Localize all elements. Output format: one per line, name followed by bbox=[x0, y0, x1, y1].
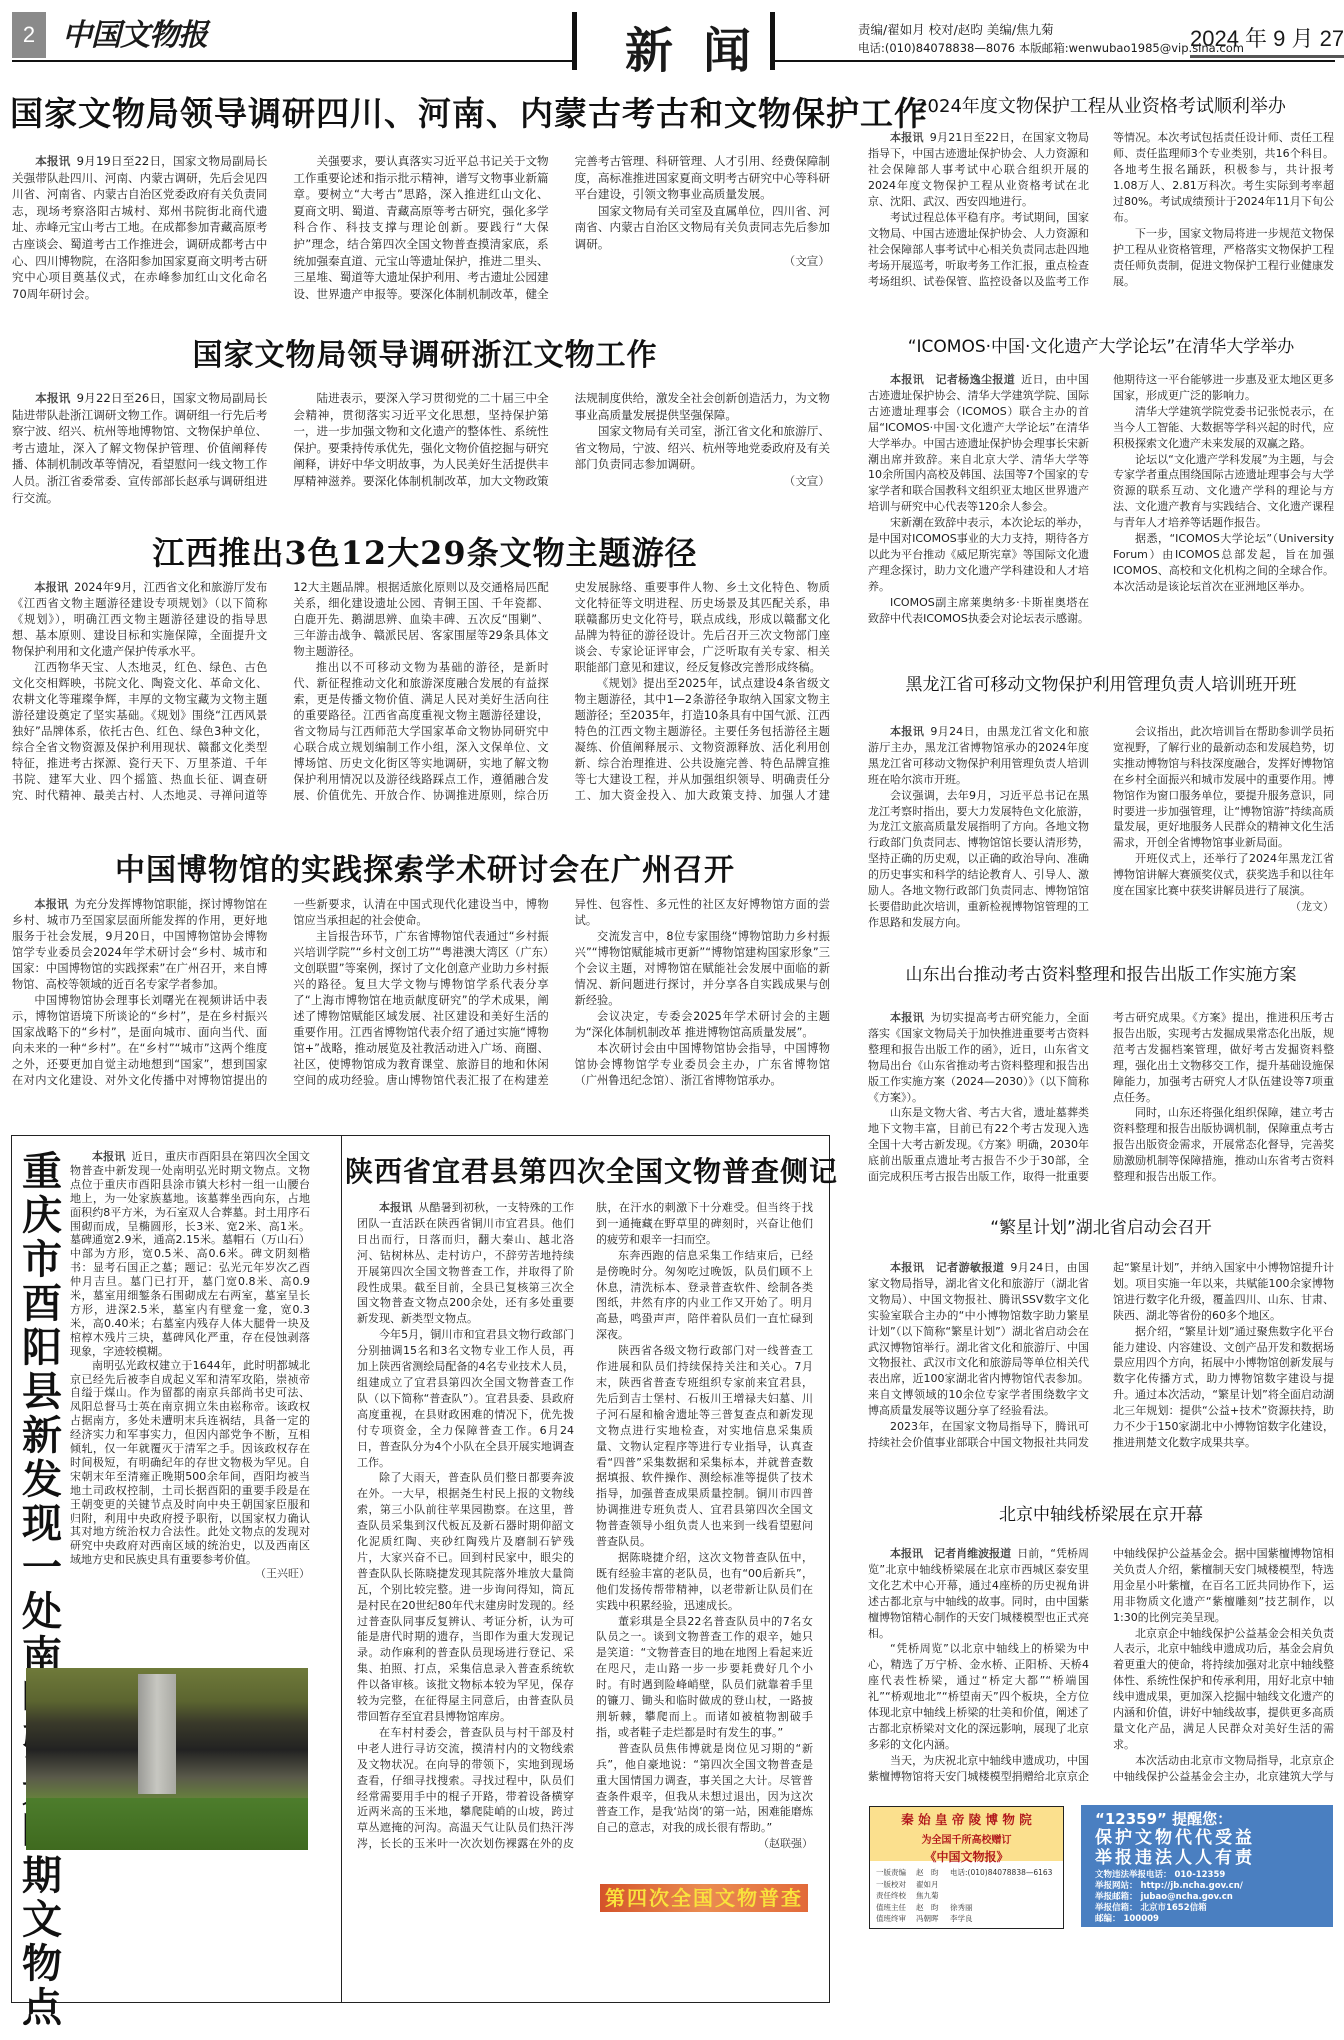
subscription-ad: 秦 始 皇 帝 陵 博 物 院 为全国千所高校赠订 《中国文物报》 一版责编赵 … bbox=[869, 1806, 1064, 1929]
report-hotline-ad: “12359” 提醒您： 保护文物代代受益 举报违法人人有责 文物违法举报电话：… bbox=[1081, 1805, 1333, 1927]
lead-label: 本报讯 记者游敏报道 bbox=[890, 1261, 1004, 1274]
signature: （文宣） bbox=[575, 253, 830, 270]
lead-label: 本报讯 bbox=[92, 1150, 126, 1163]
lead-label: 本报讯 记者肖维波报道 bbox=[890, 1547, 1011, 1560]
paragraph: 9月24日，由国家文物局指导，湖北省文化和旅游厅（湖北省文物局）、中国文物报社、… bbox=[868, 1261, 1089, 1417]
article-title: 江西推出3色12大29条文物主题游径 bbox=[10, 528, 840, 574]
article-body: 本报讯9月19日至22日，国家文物局副局长关强带队赴四川、河南、内蒙古调研，先后… bbox=[12, 153, 830, 323]
paragraph: 会议指出，此次培训旨在帮助参训学员拓宽视野，了解行业的最新动态和发展趋势，切实推… bbox=[1113, 724, 1334, 851]
paragraph: 除了大雨天，普查队员们整日都要奔波在外。一大早，根据尧生村民上报的文物线索，第三… bbox=[357, 1470, 574, 1725]
staff-row: 值班终审冯朝晖李学良 bbox=[876, 1913, 1057, 1925]
page-number: 2 bbox=[12, 12, 46, 58]
lead-label: 本报讯 bbox=[379, 1201, 412, 1214]
paragraph: 宋新潮在致辞中表示，本次论坛的举办，是中国对ICOMOS事业的大力支持，期待各方… bbox=[868, 515, 1089, 595]
ad-slogan: 保护文物代代受益 bbox=[1095, 1828, 1319, 1848]
signature: （龙文） bbox=[1113, 899, 1334, 915]
paragraph: 9月19日至22日，国家文物局副局长关强带队赴四川、河南、内蒙古调研，先后会见四… bbox=[12, 154, 267, 301]
signature: （王兴旺） bbox=[70, 1567, 310, 1581]
article-body: 本报讯9月21日至22日，在国家文物局指导下，中国古迹遗址保护协会、人力资源和社… bbox=[868, 130, 1334, 290]
paragraph: 下一步，国家文物局将进一步规范文物保护工程从业资格管理，严格落实文物保护工程责任… bbox=[1113, 226, 1334, 290]
paragraph: 日前，“凭桥周览”北京中轴线桥梁展在北京市西城区泰安里文化艺术中心开幕，通过4座… bbox=[868, 1547, 1089, 1640]
article-title: “ICOMOS·中国·文化遗产大学论坛”在清华大学举办 bbox=[866, 332, 1336, 357]
header-divider-left bbox=[572, 12, 577, 70]
article-body: 本报讯 记者肖维波报道日前，“凭桥周览”北京中轴线桥梁展在北京市西城区泰安里文化… bbox=[868, 1546, 1334, 1796]
editors-credit: 责编/翟如月 校对/赵昀 美编/焦九菊 bbox=[858, 20, 1244, 39]
paragraph: 陕西省各级文物行政部门对一线普查工作进展和队员们持续保持关注和关心。7月末，陕西… bbox=[596, 1343, 813, 1550]
paragraph: 普查队员焦伟博就是岗位见习期的“新兵”，他自豪地说：“第四次全国文物普查是重大国… bbox=[596, 1741, 813, 1836]
article-title: 陕西省宜君县第四次全国文物普查侧记 bbox=[345, 1150, 825, 1190]
section-title: 新闻 bbox=[625, 12, 781, 81]
paragraph: 同时，山东还将强化组织保障，建立考古资料整理和报告出版协调机制，保障重点考古报告… bbox=[1113, 1105, 1334, 1185]
signature: （文宣） bbox=[575, 473, 830, 490]
article-body: 本报讯从酷暑到初秋，一支特殊的工作团队一直活跃在陕西省铜川市宜君县。他们日出而行… bbox=[357, 1200, 813, 1920]
staff-list: 一版责编赵 昀电话:(010)84078838—6163 一版校对翟如月 责任终… bbox=[870, 1861, 1063, 1931]
lead-label: 本报讯 bbox=[35, 391, 70, 405]
paragraph: 会议决定，专委会2025年学术研讨会的主题为“深化体制机制改革 推进博物馆高质量… bbox=[575, 1009, 830, 1041]
article-text: 本报讯9月19日至22日，国家文物局副局长关强带队赴四川、河南、内蒙古调研，先后… bbox=[12, 153, 830, 323]
paragraph: 今年5月，铜川市和宜君县文物行政部门分别抽调15名和3名文物专业工作人员，再加上… bbox=[357, 1327, 574, 1470]
tomb-photo bbox=[26, 1668, 308, 1850]
ad-headline: “12359” 提醒您： bbox=[1095, 1810, 1319, 1828]
report-mailbox: 举报信箱： 北京市1652信箱 bbox=[1095, 1903, 1319, 1914]
vertical-title: 重庆市酉阳县新发现一处南明弘光时期文物点 bbox=[18, 1150, 66, 2030]
header-rule-right bbox=[775, 60, 1335, 62]
issue-date: 2024 年 9 月 27 日 bbox=[1190, 22, 1344, 58]
lead-label: 本报讯 bbox=[890, 131, 924, 144]
article-title: 2024年度文物保护工程从业资格考试顺利举办 bbox=[866, 92, 1336, 118]
lead-label: 本报讯 记者杨逸尘报道 bbox=[890, 373, 1015, 386]
paragraph: 论坛以“文化遗产学科发展”为主题，与会专家学者重点围绕国际古迹遗址理事会与大学资… bbox=[1113, 452, 1334, 532]
paragraph: 从酷暑到初秋，一支特殊的工作团队一直活跃在陕西省铜川市宜君县。他们日出而行，日落… bbox=[357, 1201, 574, 1325]
paragraph: 据介绍，“繁星计划”通过聚焦数字化平台能力建设、内容建设、文创产品开发和数据场景… bbox=[1113, 1324, 1334, 1451]
paragraph: 本次研讨会由中国博物馆协会指导，中国博物馆协会博物馆学专业委员会主办，广东省博物… bbox=[575, 1041, 830, 1089]
lead-label: 本报讯 bbox=[890, 1011, 924, 1024]
article-body: 本报讯 记者杨逸尘报道近日，由中国古迹遗址保护协会、清华大学建筑学院、国际古迹遗… bbox=[868, 372, 1334, 650]
lead-label: 本报讯 bbox=[35, 154, 70, 168]
paragraph: 近日，由中国古迹遗址保护协会、清华大学建筑学院、国际古迹遗址理事会（ICOMOS… bbox=[868, 373, 1089, 513]
census-banner: 第四次全国文物普查 bbox=[600, 1884, 808, 1912]
article-body: 本报讯9月22日至26日，国家文物局副局长陆进带队赴浙江调研文物工作。调研组一行… bbox=[12, 390, 830, 510]
staff-row: 值班主任赵 昀徐秀丽 bbox=[876, 1902, 1057, 1914]
paragraph: 为充分发挥博物馆职能，探讨博物馆在乡村、城市乃至国家层面所能发挥的作用，更好地服… bbox=[12, 898, 267, 991]
article-title: 国家文物局领导调研浙江文物工作 bbox=[10, 330, 840, 374]
ad-org: 秦 始 皇 帝 陵 博 物 院 bbox=[870, 1810, 1063, 1828]
article-body: 本报讯 记者游敏报道9月24日，由国家文物局指导，湖北省文化和旅游厅（湖北省文物… bbox=[868, 1260, 1334, 1468]
article-title: 国家文物局领导调研四川、河南、内蒙古考古和文物保护工作 bbox=[10, 88, 840, 135]
ad-subtitle: 为全国千所高校赠订 bbox=[870, 1831, 1063, 1846]
ad-header: 秦 始 皇 帝 陵 博 物 院 为全国千所高校赠订 《中国文物报》 bbox=[870, 1807, 1063, 1861]
report-postcode: 邮编： 100009 bbox=[1095, 1914, 1319, 1925]
lead-label: 本报讯 bbox=[890, 725, 924, 738]
article-body: 本报讯为充分发挥博物馆职能，探讨博物馆在乡村、城市乃至国家层面所能发挥的作用，更… bbox=[12, 897, 830, 1102]
lead-label: 本报讯 bbox=[34, 898, 68, 911]
paragraph: 东奔西跑的信息采集工作结束后，已经是傍晚时分。匆匆吃过晚饭，队员们顾不上休息，清… bbox=[596, 1248, 813, 1343]
header-rule-left bbox=[12, 60, 572, 62]
staff-row: 一版校对翟如月 bbox=[876, 1879, 1057, 1891]
paragraph: 据陈晓捷介绍，这次文物普查队伍中，既有经验丰富的老队员，也有“00后新兵”，他们… bbox=[596, 1550, 813, 1614]
paragraph: 近日，重庆市酉阳县在第四次全国文物普查中新发现一处南明弘光时期文物点。文物点位于… bbox=[70, 1150, 310, 1358]
article-body: 本报讯9月24日，由黑龙江省文化和旅游厅主办，黑龙江省博物馆承办的2024年度黑… bbox=[868, 724, 1334, 934]
article-body: 本报讯2024年9月，江西省文化和旅游厅发布《江西省文物主题游径建设专项规划》（… bbox=[12, 580, 830, 810]
article-title: 北京中轴线桥梁展在京开幕 bbox=[866, 1500, 1336, 1525]
paragraph: 董彩琪是全县22名普查队员中的7名女队员之一。谈到文物普查工作的艰辛，她只是笑道… bbox=[596, 1614, 813, 1741]
staff-row: 责任终校焦九菊 bbox=[876, 1890, 1057, 1902]
article-title: 黑龙江省可移动文物保护利用管理负责人培训班开班 bbox=[866, 670, 1336, 695]
paragraph: 为切实提高考古研究能力，全面落实《国家文物局关于加快推进重要考古资料整理和报告出… bbox=[868, 1011, 1089, 1104]
paragraph: 交流发言中，8位专家围绕“博物馆助力乡村振兴”“博物馆赋能城市更新”“博物馆建构… bbox=[575, 929, 830, 1009]
paragraph: 国家文物局有关司室，浙江省文化和旅游厅、省文物局，宁波、绍兴、杭州等地党委政府及… bbox=[575, 423, 830, 473]
ad-slogan: 举报违法人人有责 bbox=[1095, 1848, 1319, 1868]
report-phone: 文物违法举报电话： 010-12359 bbox=[1095, 1870, 1319, 1881]
paragraph: “凭桥周览”以北京中轴线上的桥梁为中心，精选了万宁桥、金水桥、正阳桥、天桥4座代… bbox=[868, 1641, 1089, 1752]
paragraph: 据悉，“ICOMOS大学论坛”（University Forum）由ICOMOS… bbox=[1113, 531, 1334, 595]
paragraph: 会议强调，去年9月，习近平总书记在黑龙江考察时指出，要大力发展特色文化旅游，为龙… bbox=[868, 788, 1089, 931]
article-body: 本报讯近日，重庆市酉阳县在第四次全国文物普查中新发现一处南明弘光时期文物点。文物… bbox=[70, 1150, 310, 1660]
paragraph: 开班仪式上，还举行了2024年黑龙江省博物馆讲解大赛颁奖仪式，获奖选手和以往年度… bbox=[1113, 851, 1334, 899]
foliage bbox=[26, 1798, 308, 1850]
signature: （赵联强） bbox=[596, 1836, 813, 1852]
contact-info: 电话:(010)84078838—8076 本版邮箱:wenwubao1985@… bbox=[858, 39, 1244, 58]
article-body: 本报讯为切实提高考古研究能力，全面落实《国家文物局关于加快推进重要考古资料整理和… bbox=[868, 1010, 1334, 1194]
lead-label: 本报讯 bbox=[34, 581, 68, 594]
article-title: 中国博物馆的实践探索学术研讨会在广州召开 bbox=[10, 845, 840, 889]
report-website[interactable]: 举报网站： http://jb.ncha.gov.cn/ bbox=[1095, 1881, 1319, 1892]
header-info: 责编/翟如月 校对/赵昀 美编/焦九菊 电话:(010)84078838—807… bbox=[858, 20, 1244, 58]
paragraph: 南明弘光政权建立于1644年，此时明都城北京已经先后被李自成起义军和清军攻陷，崇… bbox=[70, 1359, 310, 1568]
paragraph: 清华大学建筑学院党委书记张悦表示，在当今人工智能、大数据等学科兴起的时代，应积极… bbox=[1113, 404, 1334, 452]
article-title: “繁星计划”湖北省启动会召开 bbox=[866, 1213, 1336, 1238]
staff-row: 一版责编赵 昀电话:(010)84078838—6163 bbox=[876, 1867, 1057, 1879]
paragraph: 国家文物局有关司室及直属单位，四川省、河南省、内蒙古自治区文物局有关负责同志先后… bbox=[575, 203, 830, 253]
article-title: 山东出台推动考古资料整理和报告出版工作实施方案 bbox=[866, 960, 1336, 985]
masthead-logo: 中国文物报 bbox=[62, 10, 207, 54]
tomb-stele bbox=[138, 1674, 176, 1794]
paragraph: 北京京企中轴线保护公益基金会相关负责人表示，北京中轴线申遗成功后，基金会肩负着更… bbox=[1113, 1626, 1334, 1753]
report-email[interactable]: 举报邮箱： jubao@ncha.gov.cn bbox=[1095, 1892, 1319, 1903]
paragraph: 9月22日至26日，国家文物局副局长陆进带队赴浙江调研文物工作。调研组一行先后考… bbox=[12, 391, 267, 505]
